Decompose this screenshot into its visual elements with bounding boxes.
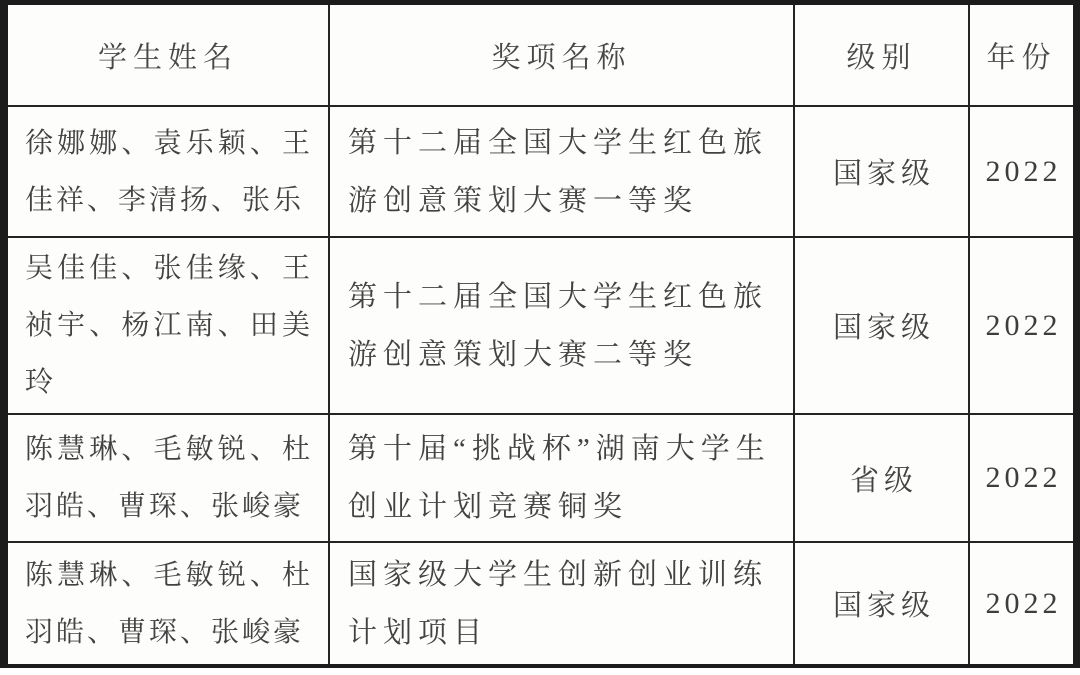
award-cell: 国家级大学生创新创业训练计划项目 xyxy=(330,543,795,664)
header-label-year: 年份 xyxy=(970,35,1073,76)
students-text: 吴佳佳、张佳缘、王祯宇、杨江南、田美玲 xyxy=(25,240,313,411)
level-text: 省级 xyxy=(795,458,968,499)
header-label-award: 奖项名称 xyxy=(330,35,793,76)
header-cell-award: 奖项名称 xyxy=(330,5,795,107)
award-cell: 第十届“挑战杯”湖南大学生创业计划竞赛铜奖 xyxy=(330,415,795,543)
year-cell: 2022 xyxy=(970,543,1073,664)
year-text: 2022 xyxy=(970,309,1073,343)
level-cell: 省级 xyxy=(795,415,970,543)
level-text: 国家级 xyxy=(795,151,968,192)
award-text: 第十二届全国大学生红色旅游创意策划大赛一等奖 xyxy=(348,114,777,230)
document-photo: 学生姓名 奖项名称 级别 年份 徐娜娜、袁乐颖、王佳祥、李清扬、张乐 第十二届全… xyxy=(0,0,1080,675)
awards-table: 学生姓名 奖项名称 级别 年份 徐娜娜、袁乐颖、王佳祥、李清扬、张乐 第十二届全… xyxy=(0,0,1080,668)
students-text: 陈慧琳、毛敏锐、杜羽皓、曹琛、张峻豪 xyxy=(25,421,313,535)
students-cell: 吴佳佳、张佳缘、王祯宇、杨江南、田美玲 xyxy=(8,238,330,415)
level-cell: 国家级 xyxy=(795,238,970,415)
award-cell: 第十二届全国大学生红色旅游创意策划大赛二等奖 xyxy=(330,238,795,415)
award-text: 国家级大学生创新创业训练计划项目 xyxy=(348,546,777,662)
award-text: 第十届“挑战杯”湖南大学生创业计划竞赛铜奖 xyxy=(348,420,777,536)
header-cell-level: 级别 xyxy=(795,5,970,107)
students-cell: 徐娜娜、袁乐颖、王佳祥、李清扬、张乐 xyxy=(8,107,330,238)
year-cell: 2022 xyxy=(970,238,1073,415)
level-text: 国家级 xyxy=(795,583,968,624)
year-text: 2022 xyxy=(970,461,1073,495)
year-text: 2022 xyxy=(970,587,1073,621)
award-cell: 第十二届全国大学生红色旅游创意策划大赛一等奖 xyxy=(330,107,795,238)
year-text: 2022 xyxy=(970,155,1073,189)
award-text: 第十二届全国大学生红色旅游创意策划大赛二等奖 xyxy=(348,268,777,384)
students-text: 陈慧琳、毛敏锐、杜羽皓、曹琛、张峻豪 xyxy=(25,547,313,661)
header-label-level: 级别 xyxy=(795,35,968,76)
year-cell: 2022 xyxy=(970,415,1073,543)
level-text: 国家级 xyxy=(795,305,968,346)
students-cell: 陈慧琳、毛敏锐、杜羽皓、曹琛、张峻豪 xyxy=(8,415,330,543)
level-cell: 国家级 xyxy=(795,543,970,664)
header-cell-students: 学生姓名 xyxy=(8,5,330,107)
students-cell: 陈慧琳、毛敏锐、杜羽皓、曹琛、张峻豪 xyxy=(8,543,330,664)
year-cell: 2022 xyxy=(970,107,1073,238)
header-cell-year: 年份 xyxy=(970,5,1073,107)
header-label-students: 学生姓名 xyxy=(8,35,328,76)
page-margin xyxy=(0,668,1080,675)
level-cell: 国家级 xyxy=(795,107,970,238)
students-text: 徐娜娜、袁乐颖、王佳祥、李清扬、张乐 xyxy=(25,115,313,229)
